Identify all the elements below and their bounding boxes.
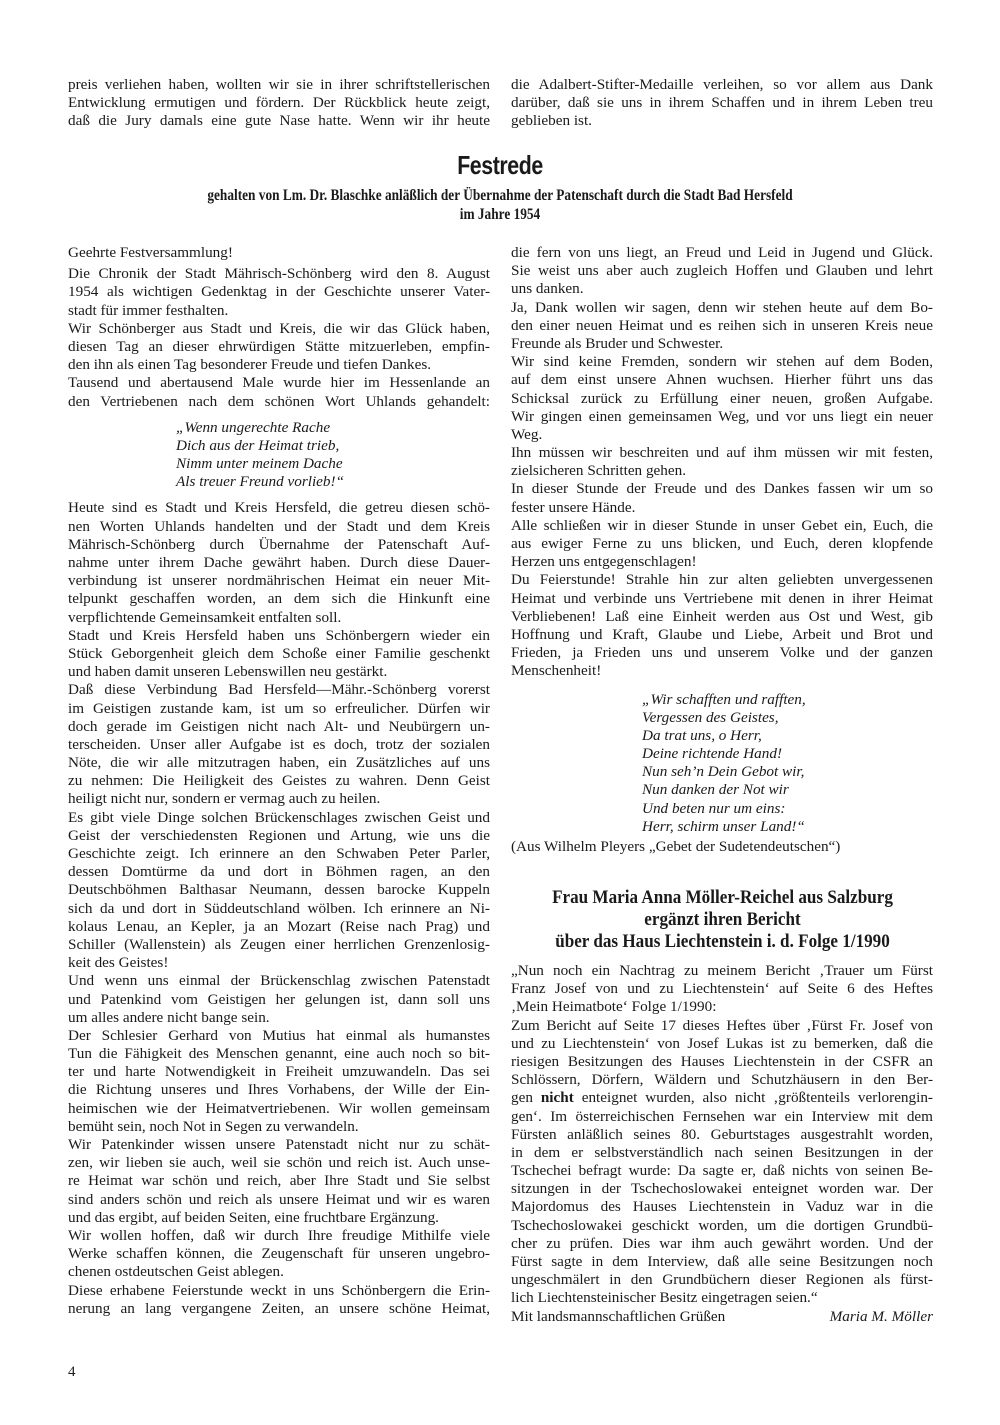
text-line: Geschichte zeigt. Ich erinnere an den Sc… bbox=[68, 845, 490, 863]
text-line: keit des Geistes! bbox=[68, 954, 490, 972]
text-line: Nöte, die wir alle mitzutragen haben, ei… bbox=[68, 754, 490, 772]
text-line: sich da und dort in Süddeutschland wölbe… bbox=[68, 900, 490, 918]
heading-line: über das Haus Liechtenstein i. d. Folge … bbox=[527, 931, 919, 953]
emphasis-word: nicht bbox=[541, 1089, 574, 1106]
uhland-poem: „Wenn ungerechte Rache Dich aus der Heim… bbox=[176, 419, 490, 492]
text-line: chenen ostdeutschen Geist ablegen. bbox=[68, 1263, 490, 1281]
paragraph: Der Schlesier Gerhard von Mutius hat ein… bbox=[68, 1027, 490, 1136]
text-line: gen nicht enteignet wurden, also nicht ‚… bbox=[511, 1089, 933, 1107]
text-line: preis verliehen haben, wollten wir sie i… bbox=[68, 76, 490, 94]
paragraph: In dieser Stunde der Freude und des Dank… bbox=[511, 480, 933, 516]
text-line: diesen Tag an dieser ehrwürdigen Stätte … bbox=[68, 338, 490, 356]
text-line: ter und harte Notwendigkeit in Freiheit … bbox=[68, 1063, 490, 1081]
text-line: telpunkt geschaffen worden, an dem sich … bbox=[68, 590, 490, 608]
text-line: verpflichtende Gemeinsamkeit entfalten s… bbox=[68, 609, 490, 627]
paragraph: Die Chronik der Stadt Mährisch-Schönberg… bbox=[68, 265, 490, 320]
paragraph: Daß diese Verbindung Bad Hersfeld—Mähr.-… bbox=[68, 681, 490, 808]
text-line: Wir sind keine Fremden, sondern wir steh… bbox=[511, 353, 933, 371]
text-line: „Nun noch ein Nachtrag zu meinem Bericht… bbox=[511, 962, 933, 980]
text-line: Tschechei befragt wurde: Da sagte er, da… bbox=[511, 1162, 933, 1180]
text-line: und Patenkind vom Geistigen her gelungen… bbox=[68, 991, 490, 1009]
text-line: Stück Geborgenheit gleich dem Schoße ein… bbox=[68, 645, 490, 663]
text-line: Verbliebenen! Laß eine Einheit werden au… bbox=[511, 608, 933, 626]
text-line: Es gibt viele Dinge solchen Brückenschla… bbox=[68, 809, 490, 827]
text-line: fester unsere Hände. bbox=[511, 499, 933, 517]
text-line: ‚Mein Heimatbote‘ Folge 1/1990: bbox=[511, 998, 933, 1016]
paragraph: Alle schließen wir in dieser Stunde in u… bbox=[511, 517, 933, 572]
article-title: Festrede bbox=[139, 150, 861, 180]
text-line: Mährisch-Schönberg durch Übernahme der P… bbox=[68, 536, 490, 554]
text-line: Ja, Dank wollen wir sagen, denn wir steh… bbox=[511, 299, 933, 317]
carryover-right: die Adalbert-Stifter-Medaille verleihen,… bbox=[511, 76, 933, 131]
text-line: Hoffnung und Kraft, Glaube und Liebe, Ar… bbox=[511, 626, 933, 644]
liechtenstein-heading: Frau Maria Anna Möller-Reichel aus Salzb… bbox=[527, 887, 919, 953]
text-line: zen, wir lieben sie auch, weil sie schön… bbox=[68, 1154, 490, 1172]
text-line: Geist der verschiedensten Regionen und A… bbox=[68, 827, 490, 845]
text-line: Frieden, ja Frieden uns und unserem Volk… bbox=[511, 644, 933, 662]
text-line: Du Feierstunde! Strahle hin zur alten ge… bbox=[511, 571, 933, 589]
text-line: uns danken. bbox=[511, 280, 933, 298]
poem-line: Als treuer Freund vorlieb!“ bbox=[176, 473, 490, 491]
poem-line: Und beten nur um eins: bbox=[642, 800, 933, 818]
poem-line: Vergessen des Geistes, bbox=[642, 709, 933, 727]
text-line: terscheiden. Unser aller Aufgabe ist es … bbox=[68, 736, 490, 754]
text-line: heiligt nicht nur, sondern er vermag auc… bbox=[68, 790, 490, 808]
poem-line: Deine richtende Hand! bbox=[642, 745, 933, 763]
text-line: den einer neuen Heimat und es reihen sic… bbox=[511, 317, 933, 335]
page-number: 4 bbox=[68, 1364, 76, 1381]
text-line: Schlössern, Dörfern, Wäldern und Schutzh… bbox=[511, 1071, 933, 1089]
paragraph: „Nun noch ein Nachtrag zu meinem Bericht… bbox=[511, 962, 933, 1017]
text-line: Schiller (Wallenstein) als Zeugen einer … bbox=[68, 936, 490, 954]
text-line: nahme unter ihrem Dache gewährt haben. D… bbox=[68, 554, 490, 572]
text-line: Ihn müssen wir beschreiten und auf ihm m… bbox=[511, 444, 933, 462]
poem-line: „Wenn ungerechte Rache bbox=[176, 419, 490, 437]
text-line: Alle schließen wir in dieser Stunde in u… bbox=[511, 517, 933, 535]
poem-line: Nun danken der Not wir bbox=[642, 781, 933, 799]
text-line: Stadt und Kreis Hersfeld haben uns Schön… bbox=[68, 627, 490, 645]
text-line: Tausend und abertausend Male wurde hier … bbox=[68, 374, 490, 392]
paragraph: Ihn müssen wir beschreiten und auf ihm m… bbox=[511, 444, 933, 480]
text-line: Deutschböhmen Balthasar Neumann, dessen … bbox=[68, 881, 490, 899]
poem-line: Herr, schirm unser Land!“ bbox=[642, 818, 933, 836]
text-line: daß die Jury damals eine gute Nase hatte… bbox=[68, 112, 490, 130]
text-line: riesigen Besitzungen des Hauses Liechten… bbox=[511, 1053, 933, 1071]
text-line: Sie weist uns aber auch zugleich Hoffen … bbox=[511, 262, 933, 280]
paragraph: Es gibt viele Dinge solchen Brückenschla… bbox=[68, 809, 490, 973]
heading-line: ergänzt ihren Bericht bbox=[527, 909, 919, 931]
festrede-header: Festrede gehalten von Lm. Dr. Blaschke a… bbox=[60, 150, 940, 224]
paragraph: Geehrte Festversammlung! bbox=[68, 244, 490, 262]
text-line: und das ergibt, auf beiden Seiten, eine … bbox=[68, 1209, 490, 1227]
text-line: darüber, daß sie uns in ihrem Schaffen u… bbox=[511, 94, 933, 112]
text-line: Daß diese Verbindung Bad Hersfeld—Mähr.-… bbox=[68, 681, 490, 699]
paragraph: Wir wollen hoffen, daß wir durch Ihre fr… bbox=[68, 1227, 490, 1282]
text-line: 1954 als wichtigen Gedenktag in der Gesc… bbox=[68, 283, 490, 301]
text-line: und zu Liechtenstein‘ von Josef Lukas is… bbox=[511, 1035, 933, 1053]
text-line: ungeschmälert in den Grundbüchern dieser… bbox=[511, 1271, 933, 1289]
text-line: Diese erhabene Feierstunde weckt in uns … bbox=[68, 1282, 490, 1300]
festrede-left-column: Geehrte Festversammlung! Die Chronik der… bbox=[68, 244, 490, 1318]
text-line: Freunde als Bruder und Schwester. bbox=[511, 335, 933, 353]
text-line: stadt für immer festhalten. bbox=[68, 302, 490, 320]
paragraph: Heute sind es Stadt und Kreis Hersfeld, … bbox=[68, 499, 490, 626]
poem-line: Nimm unter meinem Dache bbox=[176, 455, 490, 473]
article-subtitle: gehalten von Lm. Dr. Blaschke anläßlich … bbox=[122, 186, 879, 224]
greeting: Mit landsmannschaftlichen Grüßen bbox=[511, 1308, 725, 1326]
text-line: die fern von uns liegt, an Freud und Lei… bbox=[511, 244, 933, 262]
text-line: im Geistigen zustande kam, ist um so erf… bbox=[68, 700, 490, 718]
text-line: Werke schaffen können, die Zeugenschaft … bbox=[68, 1245, 490, 1263]
carryover-left: preis verliehen haben, wollten wir sie i… bbox=[68, 76, 490, 131]
paragraph: Du Feierstunde! Strahle hin zur alten ge… bbox=[511, 571, 933, 680]
text-line: verbindung ist unserer nordmährischen He… bbox=[68, 572, 490, 590]
paragraph: Stadt und Kreis Hersfeld haben uns Schön… bbox=[68, 627, 490, 682]
text-line: Der Schlesier Gerhard von Mutius hat ein… bbox=[68, 1027, 490, 1045]
text-line: aus ewiger Ferne zu uns blicken, und Euc… bbox=[511, 535, 933, 553]
text-line: dessen Domtürme da und dort in Böhmen ra… bbox=[68, 863, 490, 881]
text-line: Weg. bbox=[511, 426, 933, 444]
text-line: bemüht sein, noch Not in Segen zu verwan… bbox=[68, 1118, 490, 1136]
text-line: auf dem einst unsere Ahnen wuchsen. Hier… bbox=[511, 371, 933, 389]
text-line: Fürsten anläßlich seines 80. Geburtstage… bbox=[511, 1126, 933, 1144]
text-line: Wir gingen einen gemeinsamen Weg, und vo… bbox=[511, 408, 933, 426]
salutation: Geehrte Festversammlung! bbox=[68, 244, 490, 262]
paragraph: Tausend und abertausend Male wurde hier … bbox=[68, 374, 490, 410]
text-line: Herzen uns entgegenschlagen! bbox=[511, 553, 933, 571]
text-line: Wir Patenkinder wissen unsere Patenstadt… bbox=[68, 1136, 490, 1154]
festrede-right-column: die fern von uns liegt, an Freud und Lei… bbox=[511, 244, 933, 856]
text-line: Tschechoslowakei geschickt worden, um di… bbox=[511, 1217, 933, 1235]
paragraph: die fern von uns liegt, an Freud und Lei… bbox=[511, 244, 933, 299]
text-line: Schicksal zurück zu Erfüllung einer neue… bbox=[511, 390, 933, 408]
text-line: zielsicheren Schritten gehen. bbox=[511, 462, 933, 480]
text-line: In dieser Stunde der Freude und des Dank… bbox=[511, 480, 933, 498]
text-line: die Richtung unseres und Ihres Vorhabens… bbox=[68, 1081, 490, 1099]
subtitle-line: gehalten von Lm. Dr. Blaschke anläßlich … bbox=[122, 186, 879, 205]
poem-line: „Wir schafften und rafften, bbox=[642, 691, 933, 709]
text-line: Menschenheit! bbox=[511, 662, 933, 680]
text-line: und haben damit unseren Lebenswillen neu… bbox=[68, 663, 490, 681]
pleyer-poem: „Wir schafften und rafften, Vergessen de… bbox=[642, 691, 933, 837]
text-line: Franz Josef von und zu Liechtenstein‘ au… bbox=[511, 980, 933, 998]
text-line: doch gerade im Geistigen nicht nach Alt-… bbox=[68, 718, 490, 736]
text-line: Wir wollen hoffen, daß wir durch Ihre fr… bbox=[68, 1227, 490, 1245]
text-line: den Vertriebenen nach dem schönen Wort U… bbox=[68, 393, 490, 411]
author-signature: Maria M. Möller bbox=[830, 1308, 933, 1326]
text-line: gen‘. Im österreichischen Fernsehen war … bbox=[511, 1108, 933, 1126]
paragraph: Zum Bericht auf Seite 17 dieses Heftes ü… bbox=[511, 1017, 933, 1308]
text-line: Fürst sagte in dem Interview, daß alle s… bbox=[511, 1253, 933, 1271]
liechtenstein-body: „Nun noch ein Nachtrag zu meinem Bericht… bbox=[511, 962, 933, 1326]
text-line: den ihn als einen Tag besonderer Freude … bbox=[68, 356, 490, 374]
text-fragment: gen bbox=[511, 1089, 541, 1106]
heading-line: Frau Maria Anna Möller-Reichel aus Salzb… bbox=[527, 887, 919, 909]
paragraph: Wir Schönberger aus Stadt und Kreis, die… bbox=[68, 320, 490, 375]
poem-line: Nun seh’n Dein Gebot wir, bbox=[642, 763, 933, 781]
poem-line: Dich aus der Heimat trieb, bbox=[176, 437, 490, 455]
text-line: geblieben ist. bbox=[511, 112, 933, 130]
subtitle-line: im Jahre 1954 bbox=[122, 205, 879, 224]
text-line: cher zu prüfen. Dies war ihm auch gewähr… bbox=[511, 1235, 933, 1253]
signoff: Mit landsmannschaftlichen Grüßen Maria M… bbox=[511, 1308, 933, 1326]
text-line: nen Worten Uhlands handelten und der Sta… bbox=[68, 518, 490, 536]
text-fragment: enteignet wurden, also nicht ‚größtentei… bbox=[574, 1089, 933, 1106]
text-line: Und wenn uns einmal der Brückenschlag zw… bbox=[68, 972, 490, 990]
paragraph: Ja, Dank wollen wir sagen, denn wir steh… bbox=[511, 299, 933, 354]
paragraph: Diese erhabene Feierstunde weckt in uns … bbox=[68, 1282, 490, 1318]
text-line: in dem er selbstverständlich nach seinen… bbox=[511, 1144, 933, 1162]
text-line: Zum Bericht auf Seite 17 dieses Heftes ü… bbox=[511, 1017, 933, 1035]
text-line: Majordomus des Hauses Liechtenstein in V… bbox=[511, 1198, 933, 1216]
text-line: heimischen wie der Heimatvertriebenen. W… bbox=[68, 1100, 490, 1118]
text-line: Entwicklung ermutigen und fördern. Der R… bbox=[68, 94, 490, 112]
text-line: re Heimat war schön und reich, aber Ihre… bbox=[68, 1172, 490, 1190]
text-line: die Adalbert-Stifter-Medaille verleihen,… bbox=[511, 76, 933, 94]
text-line: sind anders schön und reich als unsere H… bbox=[68, 1191, 490, 1209]
text-line: Die Chronik der Stadt Mährisch-Schönberg… bbox=[68, 265, 490, 283]
text-line: Tun die Fähigkeit des Menschen genannt, … bbox=[68, 1045, 490, 1063]
paragraph: Und wenn uns einmal der Brückenschlag zw… bbox=[68, 972, 490, 1027]
text-line: Heimat und verbinde uns Vertriebene mit … bbox=[511, 590, 933, 608]
text-line: sitzungen in der Tschechoslowakei enteig… bbox=[511, 1180, 933, 1198]
text-line: nerung an lang vergangene Zeiten, an uns… bbox=[68, 1300, 490, 1318]
text-line: zu nehmen: Die Heiligkeit des Geistes zu… bbox=[68, 772, 490, 790]
text-line: lich Liechtensteinischer Besitz eingetra… bbox=[511, 1289, 933, 1307]
poem-line: Da trat uns, o Herr, bbox=[642, 727, 933, 745]
poem-source: (Aus Wilhelm Pleyers „Gebet der Sudetend… bbox=[511, 838, 933, 856]
text-line: Wir Schönberger aus Stadt und Kreis, die… bbox=[68, 320, 490, 338]
text-line: kolaus Lenau, an Kepler, ja an Mozart (R… bbox=[68, 918, 490, 936]
paragraph: Wir sind keine Fremden, sondern wir steh… bbox=[511, 353, 933, 444]
text-line: um alles andere nicht bange sein. bbox=[68, 1009, 490, 1027]
paragraph: Wir Patenkinder wissen unsere Patenstadt… bbox=[68, 1136, 490, 1227]
text-line: Heute sind es Stadt und Kreis Hersfeld, … bbox=[68, 499, 490, 517]
